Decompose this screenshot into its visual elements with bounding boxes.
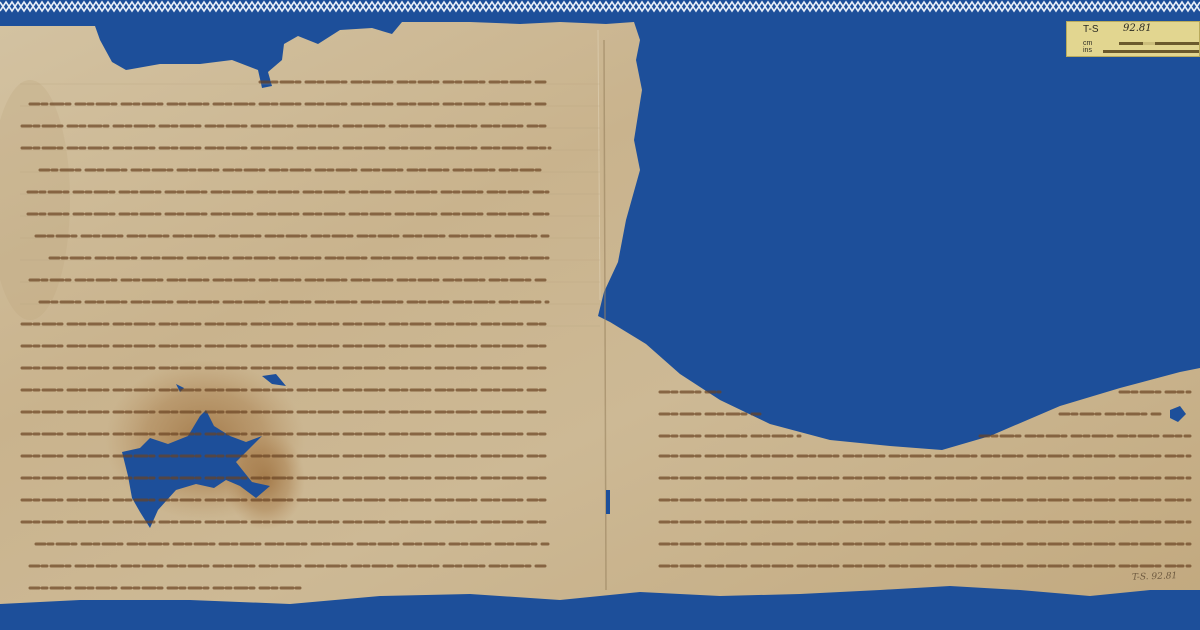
stitching-bottom (0, 0, 1200, 14)
label-cm-scale: cm (1083, 40, 1092, 47)
label-shelfmark-number: 92.81 (1123, 23, 1152, 34)
label-ins-scale: ins (1083, 47, 1092, 54)
cm-ruler (1119, 42, 1199, 45)
manuscript-photo: T-S 92.81 cm ins T-S. 92.81 (0, 0, 1200, 630)
parchment-fragment (0, 0, 1200, 630)
inch-ruler (1103, 50, 1199, 53)
margin-shelfmark: T-S. 92.81 (1132, 571, 1178, 583)
label-collection: T-S (1083, 24, 1099, 35)
shelfmark-label: T-S 92.81 cm ins (1066, 21, 1200, 57)
